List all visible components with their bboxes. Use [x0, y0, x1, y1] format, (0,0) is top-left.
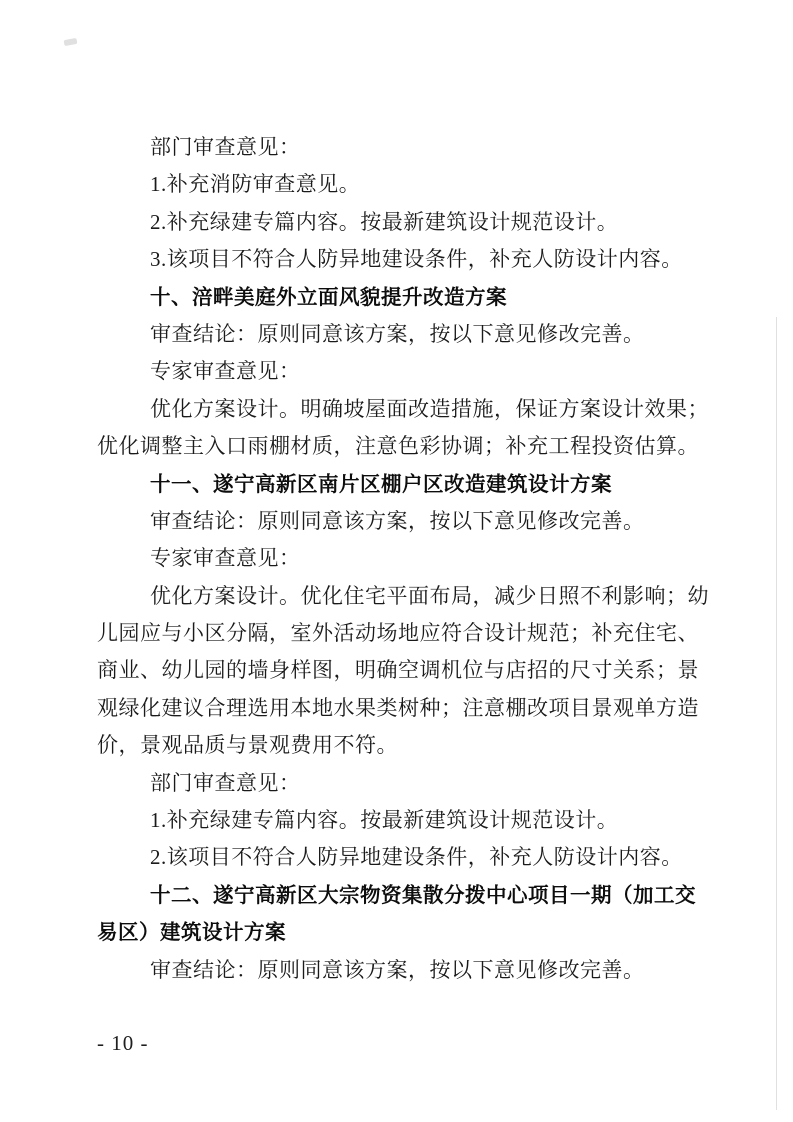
text-line: 审查结论：原则同意该方案，按以下意见修改完善。: [97, 503, 757, 540]
section-heading: 十、涪畔美庭外立面风貌提升改造方案: [97, 279, 757, 316]
section-heading: 十二、遂宁高新区大宗物资集散分拨中心项目一期（加工交: [97, 877, 757, 914]
text-line: 优化方案设计。优化住宅平面布局，减少日照不利影响；幼: [97, 578, 757, 615]
text-line: 1.补充消防审查意见。: [97, 166, 757, 203]
text-line: 1.补充绿建专篇内容。按最新建筑设计规范设计。: [97, 802, 757, 839]
document-body: 部门审查意见：1.补充消防审查意见。2.补充绿建专篇内容。按最新建筑设计规范设计…: [97, 129, 757, 989]
text-line: 价，景观品质与景观费用不符。: [97, 727, 757, 764]
scan-smudge-artifact: [64, 38, 78, 46]
scan-edge-line: [776, 317, 777, 1110]
text-line: 优化方案设计。明确坡屋面改造措施，保证方案设计效果；: [97, 391, 757, 428]
section-heading: 易区）建筑设计方案: [97, 914, 757, 951]
text-line: 商业、幼儿园的墙身样图，明确空调机位与店招的尺寸关系；景: [97, 652, 757, 689]
text-line: 部门审查意见：: [97, 765, 757, 802]
text-line: 专家审查意见：: [97, 540, 757, 577]
text-line: 专家审查意见：: [97, 353, 757, 390]
text-line: 2.补充绿建专篇内容。按最新建筑设计规范设计。: [97, 204, 757, 241]
text-line: 审查结论：原则同意该方案，按以下意见修改完善。: [97, 316, 757, 353]
section-heading: 十一、遂宁高新区南片区棚户区改造建筑设计方案: [97, 466, 757, 503]
text-line: 部门审查意见：: [97, 129, 757, 166]
text-line: 儿园应与小区分隔，室外活动场地应符合设计规范；补充住宅、: [97, 615, 757, 652]
text-line: 观绿化建议合理选用本地水果类树种；注意棚改项目景观单方造: [97, 690, 757, 727]
text-line: 审查结论：原则同意该方案，按以下意见修改完善。: [97, 952, 757, 989]
text-line: 优化调整主入口雨棚材质，注意色彩协调；补充工程投资估算。: [97, 428, 757, 465]
text-line: 3.该项目不符合人防异地建设条件，补充人防设计内容。: [97, 241, 757, 278]
page-number: - 10 -: [97, 1031, 149, 1055]
text-line: 2.该项目不符合人防异地建设条件，补充人防设计内容。: [97, 839, 757, 876]
document-page: 部门审查意见：1.补充消防审查意见。2.补充绿建专篇内容。按最新建筑设计规范设计…: [0, 0, 793, 1122]
